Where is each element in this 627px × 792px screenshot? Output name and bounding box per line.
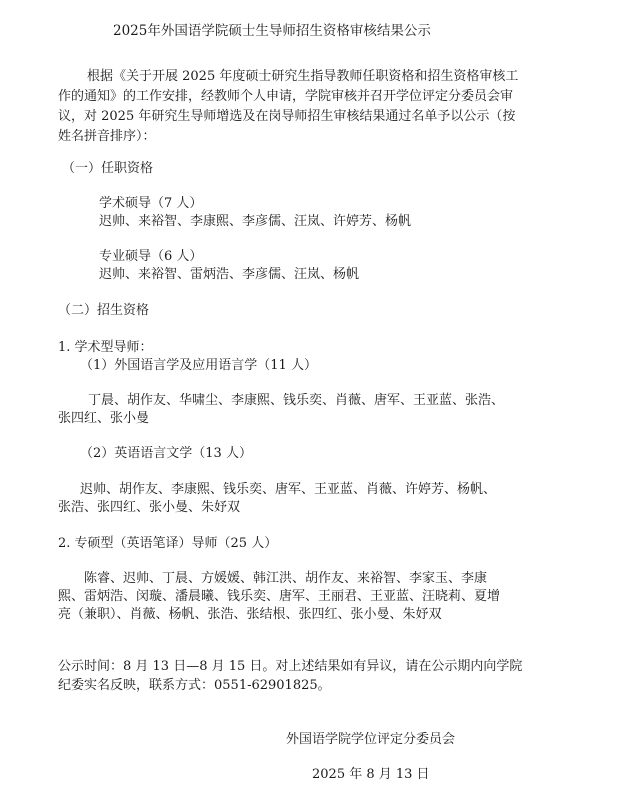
professional-type-names: 亮（兼职）、肖薇、杨帆、张浩、张结根、张四红、张小曼、朱妤双	[58, 606, 442, 624]
intro-line: 根据《关于开展 2025 年度硕士研究生指导教师任职资格和招生资格审核工	[87, 68, 518, 86]
subfield-names: 张四红、张小曼	[58, 410, 149, 428]
professional-type-names: 熙、雷炳浩、闵璇、潘晨曦、钱乐奕、唐军、王丽君、王亚蓝、汪晓莉、夏增	[58, 588, 500, 606]
document-title: 2025年外国语学院硕士生导师招生资格审核结果公示	[113, 22, 431, 40]
professional-supervisor-label: 专业硕导（6 人）	[99, 248, 202, 266]
notice-line: 纪委实名反映，联系方式：0551-62901825。	[58, 677, 331, 695]
professional-type-label: 2. 专硕型（英语笔译）导师（25 人）	[58, 535, 277, 553]
signature-organization: 外国语学院学位评定分委员会	[286, 731, 455, 749]
subfield-label: （1）外国语言学及应用语言学（11 人）	[80, 357, 317, 375]
intro-line: 姓名拼音排序）：	[58, 128, 156, 146]
section-heading: （二）招生资格	[58, 302, 149, 320]
notice-line: 公示时间：8 月 13 日—8 月 15 日。对上述结果如有异议，请在公示期内向…	[58, 658, 522, 676]
subfield-label: （2）英语语言文学（13 人）	[80, 445, 252, 463]
subfield-names: 张浩、张四红、张小曼、朱妤双	[58, 499, 240, 517]
academic-supervisor-label: 学术硕导（7 人）	[99, 195, 202, 213]
professional-supervisor-names: 迟帅、来裕智、雷炳浩、李彦儒、汪岚、杨帆	[99, 266, 359, 284]
academic-supervisor-names: 迟帅、来裕智、李康熙、李彦儒、汪岚、许婷芳、杨帆	[99, 213, 411, 231]
signature-date: 2025 年 8 月 13 日	[312, 766, 430, 784]
professional-type-names: 陈睿、迟帅、丁晨、方媛媛、韩江洪、胡作友、来裕智、李家玉、李康	[84, 570, 487, 588]
intro-line: 作的通知》的工作安排，经教师个人申请，学院审核并召开学位评定分委员会审	[58, 88, 513, 106]
section-heading: （一）任职资格	[62, 160, 153, 178]
subfield-names: 迟帅、胡作友、李康熙、钱乐奕、唐军、王亚蓝、肖薇、许婷芳、杨帆、	[80, 481, 496, 499]
subfield-names: 丁晨、胡作友、华啸尘、李康熙、钱乐奕、肖薇、唐军、王亚蓝、张浩、	[88, 392, 504, 410]
intro-line: 议，对 2025 年研究生导师增选及在岗导师招生审核结果通过名单予以公示（按	[58, 108, 515, 126]
academic-type-label: 1. 学术型导师：	[58, 339, 153, 357]
